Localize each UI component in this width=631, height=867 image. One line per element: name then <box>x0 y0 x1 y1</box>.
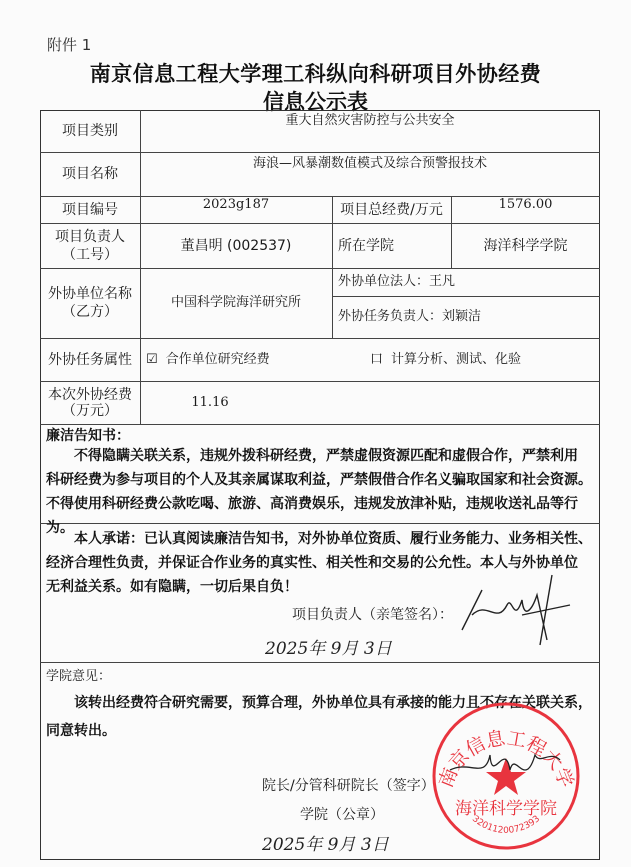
college-opinion-line-2: 同意转出。 <box>46 719 116 743</box>
attr-option-2[interactable]: 口 计算分析、测试、化验 <box>370 338 600 381</box>
checkbox-checked-icon[interactable]: ☑ <box>146 351 158 369</box>
college-opinion-date: 2025年 9月 3日 <box>262 830 389 855</box>
checkbox-empty-icon[interactable]: 口 <box>370 351 383 369</box>
attr-option-2-label: 计算分析、测试、化验 <box>391 351 521 369</box>
total-label: 项目总经费/万元 <box>332 196 451 223</box>
college-value: 海洋科学学院 <box>451 223 600 268</box>
name-value: 海浪—风暴潮数值模式及综合预警报技术 <box>140 152 600 176</box>
partner-label: 外协单位名称 <box>48 285 132 303</box>
partner-value: 中国科学院海洋研究所 <box>140 268 332 338</box>
leader-label-sub: （工号） <box>62 246 118 264</box>
page-title: 南京信息工程大学理工科纵向科研项目外协经费 <box>0 58 631 88</box>
leader-value: 董昌明 (002537) <box>140 223 332 268</box>
category-label: 项目类别 <box>40 110 140 152</box>
svg-text:海洋科学学院: 海洋科学学院 <box>455 799 557 819</box>
notice-line: 科研经费为参与项目的个人及其亲属谋取利益，严禁假借合作名义骗取国家和社会资源。 <box>46 468 596 492</box>
attr-label: 外协任务属性 <box>40 338 140 381</box>
notice-body: 不得隐瞒关联关系，违规外拨科研经费，严禁虚假资源匹配和虚假合作，严禁利用 科研经… <box>46 444 596 540</box>
fee-label-sub: （万元） <box>62 403 118 419</box>
number-value: 2023g187 <box>140 196 332 214</box>
notice-line: 不得隐瞒关联关系，违规外拨科研经费，严禁虚假资源匹配和虚假合作，严禁利用 <box>46 444 596 468</box>
annex-label: 附件 1 <box>47 34 91 55</box>
signature-label: 项目负责人（亲笔签名）： <box>292 604 453 624</box>
task-leader: 外协任务负责人：刘颖洁 <box>332 296 600 338</box>
number-label: 项目编号 <box>40 196 140 223</box>
fee-label: 本次外协经费 <box>48 387 132 403</box>
category-value: 重大自然灾害防控与公共安全 <box>140 110 600 132</box>
college-label: 所在学院 <box>332 223 451 268</box>
notice-line: 不得使用科研经费公款吃喝、旅游、高消费娱乐，违规发放津补贴，违规收送礼品等行 <box>46 492 596 516</box>
fee-value: 11.16 <box>180 381 240 424</box>
leader-label: 项目负责人 <box>55 228 125 246</box>
legal-person: 外协单位法人：王凡 <box>332 268 600 296</box>
seal-label: 学院（公章） <box>300 804 384 824</box>
handwritten-signature <box>452 570 572 650</box>
partner-label-sub: （乙方） <box>62 303 118 321</box>
name-label: 项目名称 <box>40 152 140 196</box>
official-seal: 南京信息工程大学 海洋科学学院 3201120072393 <box>430 700 582 852</box>
attr-option-1-label: 合作单位研究经费 <box>166 351 270 369</box>
college-opinion-heading: 学院意见： <box>46 665 111 684</box>
pledge-line: 本人承诺：已认真阅读廉洁告知书，对外协单位资质、履行业务能力、业务相关性、 <box>46 527 596 551</box>
row-divider <box>40 662 600 663</box>
pledge-date: 2025年 9月 3日 <box>265 634 392 659</box>
total-value: 1576.00 <box>451 196 600 214</box>
attr-option-1[interactable]: ☑ 合作单位研究经费 <box>146 338 346 381</box>
dean-signature-label: 院长/分管科研院长（签字） <box>262 775 435 795</box>
